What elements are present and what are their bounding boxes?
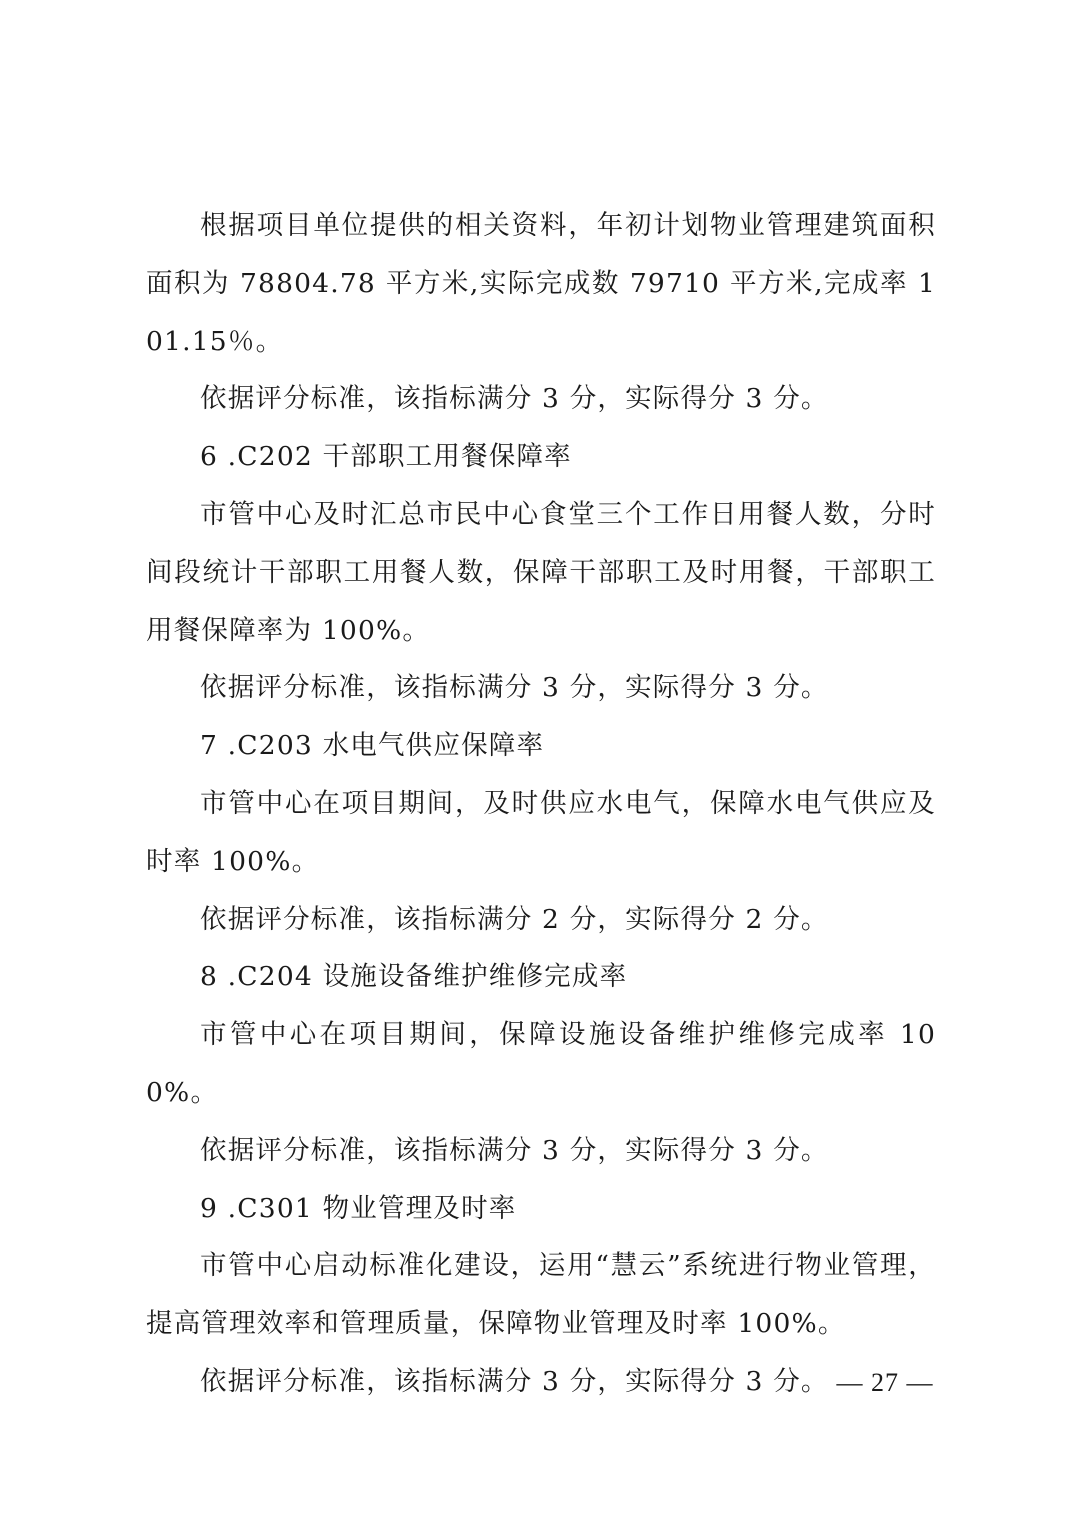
document-page: 根据项目单位提供的相关资料，年初计划物业管理建筑面积面积为 78804.78 平…: [146, 197, 936, 1411]
paragraph-c203-description: 市管中心在项目期间，及时供应水电气，保障水电气供应及时率 100%。: [146, 775, 936, 891]
heading-c202: 6 .C202 干部职工用餐保障率: [146, 428, 936, 486]
page-number: — 27 —: [830, 1368, 940, 1398]
paragraph-c301-description: 市管中心启动标准化建设，运用“慧云”系统进行物业管理，提高管理效率和管理质量，保…: [146, 1237, 936, 1353]
paragraph-c202-score: 依据评分标准，该指标满分 3 分，实际得分 3 分。: [146, 659, 936, 717]
heading-c301: 9 .C301 物业管理及时率: [146, 1180, 936, 1238]
paragraph-c204-score: 依据评分标准，该指标满分 3 分，实际得分 3 分。: [146, 1122, 936, 1180]
paragraph-area-completion: 根据项目单位提供的相关资料，年初计划物业管理建筑面积面积为 78804.78 平…: [146, 197, 936, 370]
heading-c203: 7 .C203 水电气供应保障率: [146, 717, 936, 775]
paragraph-score-area: 依据评分标准，该指标满分 3 分，实际得分 3 分。: [146, 370, 936, 428]
paragraph-c202-description: 市管中心及时汇总市民中心食堂三个工作日用餐人数，分时间段统计干部职工用餐人数，保…: [146, 486, 936, 659]
paragraph-c203-score: 依据评分标准，该指标满分 2 分，实际得分 2 分。: [146, 891, 936, 949]
heading-c204: 8 .C204 设施设备维护维修完成率: [146, 948, 936, 1006]
paragraph-c204-description: 市管中心在项目期间，保障设施设备维护维修完成率 100%。: [146, 1006, 936, 1122]
paragraph-c301-score: 依据评分标准，该指标满分 3 分，实际得分 3 分。: [146, 1353, 936, 1411]
